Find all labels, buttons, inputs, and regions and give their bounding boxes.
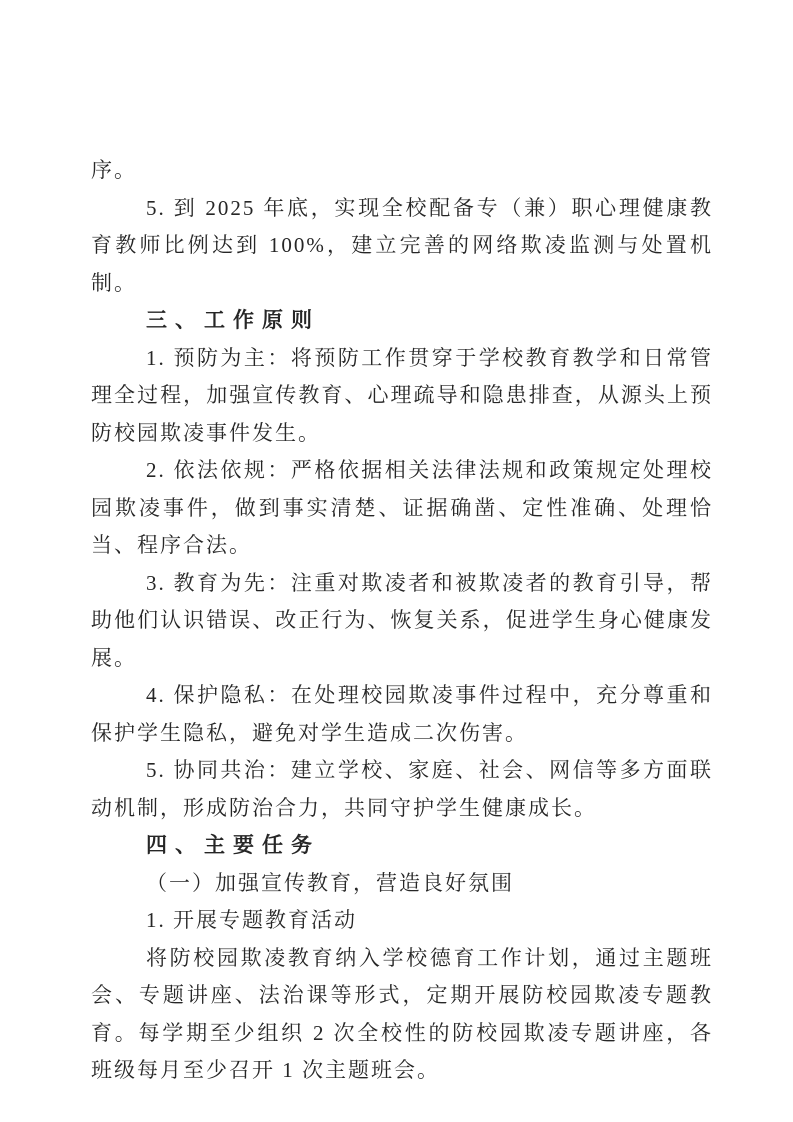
paragraph: 5. 协同共治：建立学校、家庭、社会、网信等多方面联动机制，形成防治合力，共同守… — [91, 752, 713, 827]
paragraph: 2. 依法依规：严格依据相关法律法规和政策规定处理校园欺凌事件，做到事实清楚、证… — [91, 452, 713, 565]
paragraph: 序。 — [91, 152, 713, 190]
paragraph: 1. 开展专题教育活动 — [91, 902, 713, 940]
paragraph: 1. 预防为主：将预防工作贯穿于学校教育教学和日常管理全过程，加强宣传教育、心理… — [91, 340, 713, 453]
paragraph: 3. 教育为先：注重对欺凌者和被欺凌者的教育引导，帮助他们认识错误、改正行为、恢… — [91, 565, 713, 678]
section-heading: 三、工作原则 — [91, 302, 713, 340]
document-page: 序。5. 到 2025 年底，实现全校配备专（兼）职心理健康教育教师比例达到 1… — [0, 0, 793, 1122]
section-heading: 四、主要任务 — [91, 827, 713, 865]
paragraph: 将防校园欺凌教育纳入学校德育工作计划，通过主题班会、专题讲座、法治课等形式，定期… — [91, 940, 713, 1090]
paragraph: 5. 到 2025 年底，实现全校配备专（兼）职心理健康教育教师比例达到 100… — [91, 190, 713, 303]
paragraph: 4. 保护隐私：在处理校园欺凌事件过程中，充分尊重和保护学生隐私，避免对学生造成… — [91, 677, 713, 752]
document-body: 序。5. 到 2025 年底，实现全校配备专（兼）职心理健康教育教师比例达到 1… — [91, 152, 713, 1090]
paragraph: （一）加强宣传教育，营造良好氛围 — [91, 865, 713, 903]
